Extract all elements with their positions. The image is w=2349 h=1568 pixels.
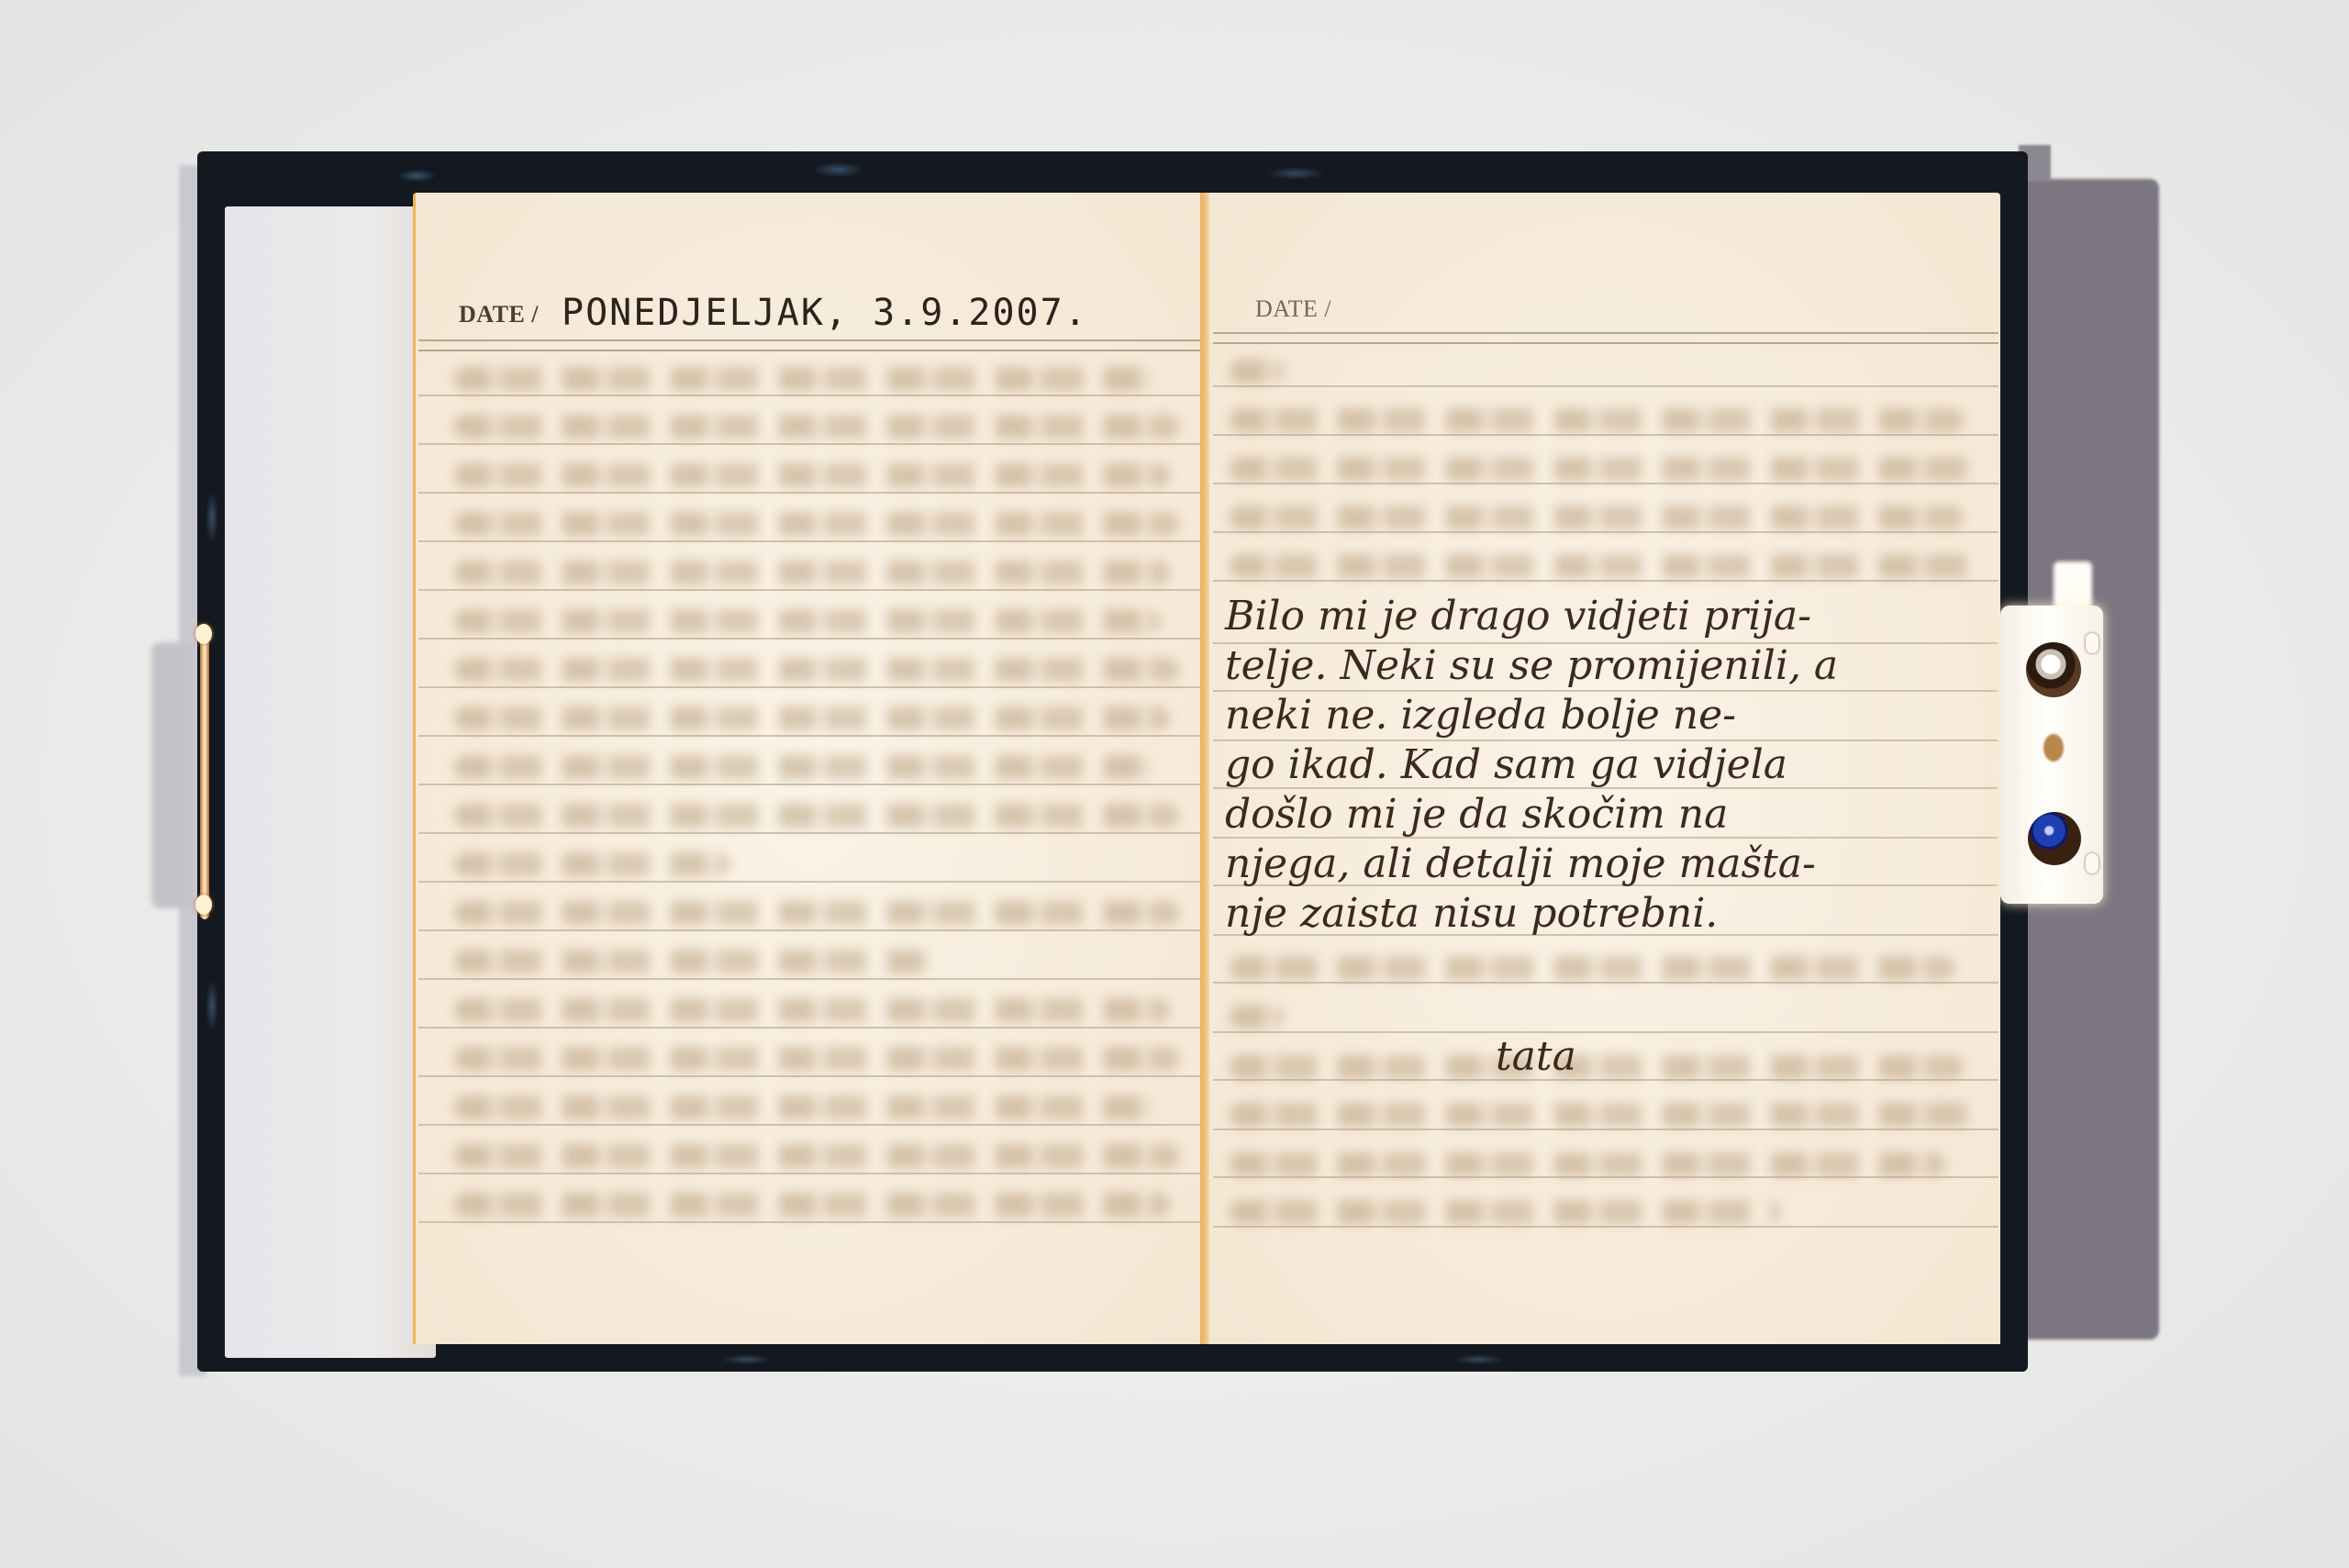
right-header-rule-2 [1213, 342, 1998, 344]
entry-line-3: neki ne. izgleda bolje ne- [1225, 695, 1736, 736]
entry-line-1: Bilo mi je drago vidjeti prija- [1225, 596, 1811, 637]
left-hinge [200, 624, 209, 919]
left-date-label: DATE / [459, 301, 539, 328]
entry-line-2: telje. Neki su se promijenili, a [1225, 646, 1838, 686]
clasp-rivet-icon [2026, 642, 2081, 697]
hinge-knob-bottom [195, 895, 212, 915]
blue-gem-icon [2028, 812, 2081, 865]
entry-line-7: nje zaista nisu potrebni. [1225, 894, 1718, 934]
left-date-value: PONEDJELJAK, 3.9.2007. [562, 292, 1088, 334]
signature: tata [1496, 1037, 1576, 1077]
page-gutter [1200, 193, 1209, 1344]
entry-line-6: njega, ali detalji moje mašta- [1225, 844, 1816, 884]
entry-line-4: go ikad. Kad sam ga vidjela [1225, 745, 1787, 785]
inside-front-board [225, 206, 436, 1358]
clasp-keyhole-icon [2043, 734, 2064, 762]
left-header-rule-1 [418, 339, 1200, 341]
entry-line-5: došlo mi je da skočim na [1225, 795, 1728, 835]
right-date-label: DATE / [1255, 295, 1331, 323]
left-header-rule-2 [418, 350, 1200, 351]
right-header-rule-1 [1213, 332, 1998, 334]
hinge-knob-top [195, 624, 212, 644]
clasp-pin-top [2086, 633, 2099, 653]
clasp-highlight [2054, 562, 2092, 609]
clasp-pin-bottom [2086, 853, 2099, 873]
hinge-shadow [151, 642, 193, 908]
